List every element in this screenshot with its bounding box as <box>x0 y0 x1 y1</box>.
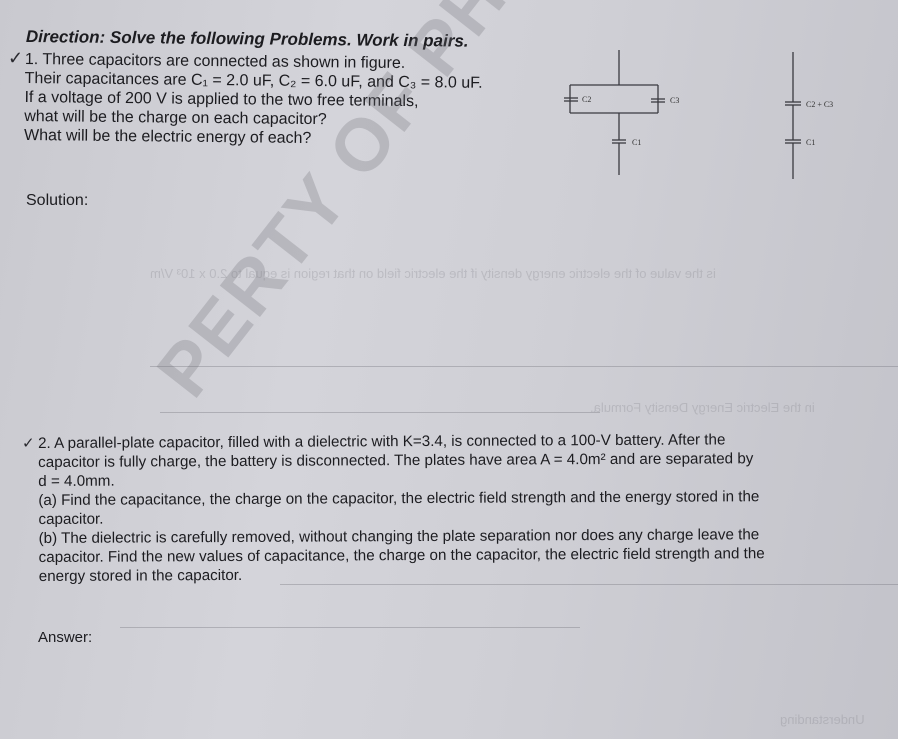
problem-2-line: energy stored in the capacitor. <box>39 563 765 586</box>
bleed-through-text: Understanding <box>780 712 865 727</box>
checkmark-icon: ✓ <box>22 434 35 452</box>
bleed-through-text: is the value of the electric energy dens… <box>150 266 716 281</box>
problem-1-line: What will be the electric energy of each… <box>24 126 482 150</box>
worksheet-page: is the value of the electric energy dens… <box>0 0 898 739</box>
capacitor-circuit-icon: C2 + C3 C1 <box>780 52 860 182</box>
problem-1: 1. Three capacitors are connected as sho… <box>24 50 483 150</box>
answer-line <box>160 412 600 413</box>
problem-2: 2. A parallel-plate capacitor, filled wi… <box>38 430 765 586</box>
checkmark-icon: ✓ <box>8 48 23 69</box>
circuit-diagram-original: C2 C3 C1 <box>560 50 670 185</box>
answer-line <box>120 627 580 628</box>
problem-2-line: capacitor is fully charge, the battery i… <box>38 449 764 472</box>
svg-text:C1: C1 <box>632 138 641 147</box>
capacitor-circuit-icon: C2 C3 C1 <box>560 50 670 180</box>
problem-2-line: (a) Find the capacitance, the charge on … <box>38 487 764 510</box>
problem-2-line: capacitor. Find the new values of capaci… <box>39 544 765 567</box>
bleed-through-text: in the Electric Energy Density Formula. <box>590 400 815 415</box>
directions-heading: Direction: Solve the following Problems.… <box>26 27 469 52</box>
circuit-diagram-equivalent: C2 + C3 C1 <box>780 52 860 187</box>
solution-label: Solution: <box>26 192 88 210</box>
svg-text:C2: C2 <box>582 95 591 104</box>
svg-text:C1: C1 <box>806 138 815 147</box>
svg-text:C3: C3 <box>670 96 679 105</box>
answer-label: Answer: <box>38 629 92 646</box>
answer-line <box>150 366 898 367</box>
svg-text:C2 + C3: C2 + C3 <box>806 100 833 109</box>
